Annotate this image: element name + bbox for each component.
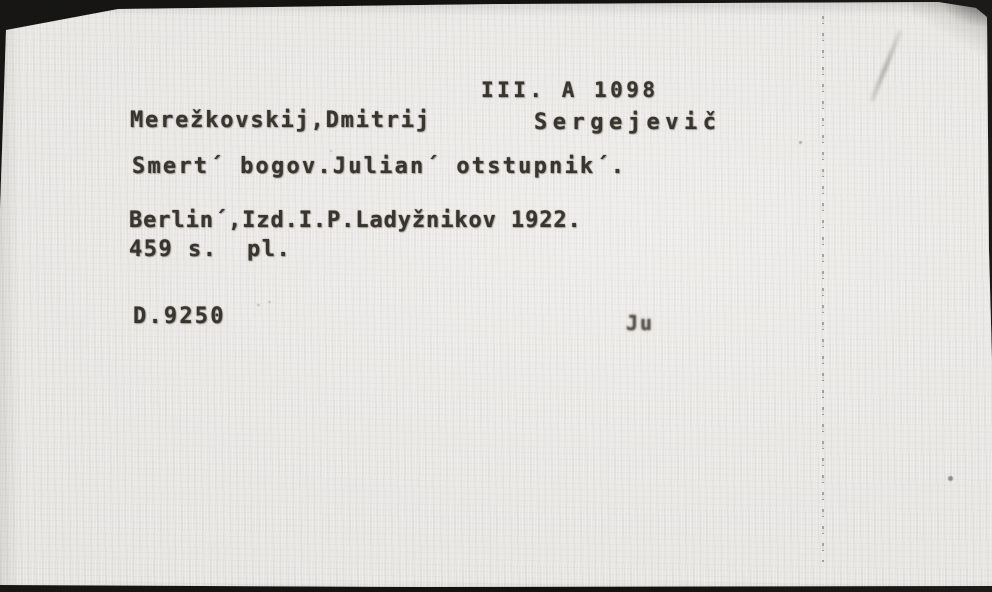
corner-shadow [912, 0, 992, 95]
paper-speck [330, 150, 332, 152]
handwritten-note: Ju [626, 313, 654, 333]
imprint-line: Berlin´,Izd.I.P.Ladyžnikov 1922. [129, 210, 582, 232]
vertical-dotted-rule [822, 14, 824, 562]
diagonal-smudge [870, 30, 902, 102]
paper-speck [948, 476, 953, 481]
collation-line: 459 s. pl. [129, 239, 291, 261]
paper-speck [799, 141, 802, 144]
catalog-card: III. A 1098 Merežkovskij,Dmitrij Sergeje… [0, 0, 992, 592]
call-number: III. A 1098 [481, 80, 659, 101]
shelf-number: D.9250 [133, 306, 226, 328]
title-line: Smert´ bogov.Julian´ otstupnik´. [132, 156, 626, 178]
scanned-catalog-card: III. A 1098 Merežkovskij,Dmitrij Sergeje… [0, 0, 992, 592]
author-name: Merežkovskij,Dmitrij [130, 110, 431, 132]
paper-speck [257, 304, 260, 306]
paper-speck [268, 301, 271, 303]
author-patronymic: Sergejevič [534, 112, 721, 134]
